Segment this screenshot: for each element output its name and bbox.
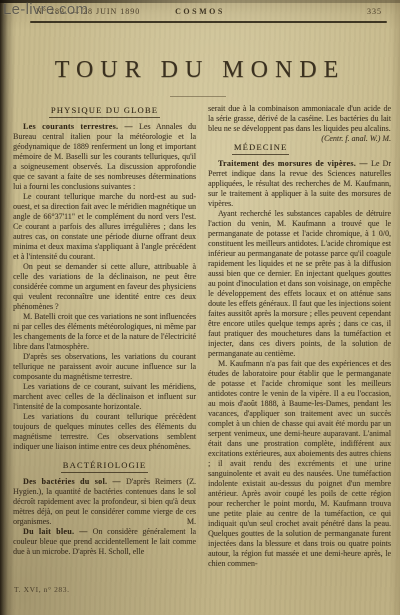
paragraph: Ayant recherché les substances capables … <box>208 209 391 359</box>
paragraph: Traitement des morsures de vipères. — Le… <box>208 159 391 209</box>
article-columns: PHYSIQUE DU GLOBELes courants terrestres… <box>13 104 391 599</box>
paragraph-lead: Du lait bleu. — <box>23 527 93 536</box>
paragraph: Les variations de ce courant, suivant le… <box>13 382 196 412</box>
paragraph: M. Batelli croit que ces variations ne s… <box>13 312 196 352</box>
paragraph: Des bactéries du sol. — D'après Reimers … <box>13 477 196 527</box>
article-title: TOUR DU MONDE <box>0 57 400 84</box>
paragraph: On peut se demander si cette allure, att… <box>13 262 196 312</box>
watermark: Le-livre.com <box>3 1 88 18</box>
paragraph: Le courant tellurique marche du nord-est… <box>13 192 196 262</box>
section-heading: BACTÉRIOLOGIE <box>13 460 196 470</box>
paragraph: serait due à la combinaison ammoniacale … <box>208 104 391 134</box>
section-heading: PHYSIQUE DU GLOBE <box>13 105 196 115</box>
paragraph: Du lait bleu. — On considère généralemen… <box>13 527 196 557</box>
journal-name: COSMOS <box>175 7 225 16</box>
scanned-journal-page: Le-livre.com N° 283. — 28 JUIN 1890 COSM… <box>0 0 400 615</box>
paragraph-lead: Des bactéries du sol. — <box>23 477 126 486</box>
paragraph: D'après ses observations, les variations… <box>13 352 196 382</box>
masthead-rule <box>30 21 387 23</box>
paragraph-lead: Traitement des morsures de vipères. — <box>218 159 371 168</box>
footer-volume: T. XVI, n° 283. <box>14 585 70 594</box>
right-column: serait due à la combinaison ammoniacale … <box>208 104 391 599</box>
signature: M. <box>169 517 196 527</box>
paragraph: M. Kaufmann n'a pas fait que des expérie… <box>208 359 391 569</box>
page-number: 335 <box>225 7 400 16</box>
paragraph: Les variations du courant tellurique pré… <box>13 412 196 452</box>
paragraph: Les courants terrestres. — Les Annales d… <box>13 122 196 192</box>
signature: (Centr. f. anal. W.) M. <box>313 134 391 144</box>
paragraph-lead: Les courants terrestres. — <box>23 122 139 131</box>
left-column: PHYSIQUE DU GLOBELes courants terrestres… <box>13 104 196 599</box>
title-divider <box>170 96 226 97</box>
